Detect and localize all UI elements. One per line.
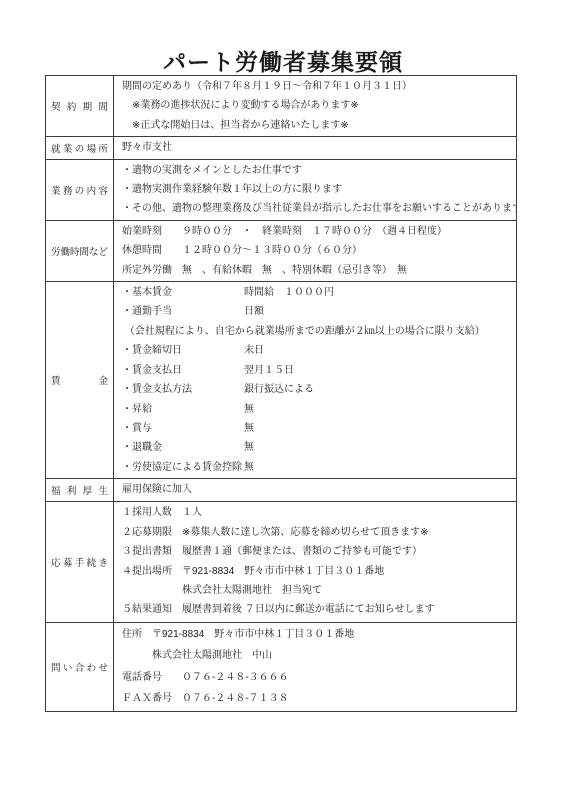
row-label-cell: 就業の場所 bbox=[46, 137, 114, 158]
text-line: １採用人数 １人 bbox=[122, 503, 510, 522]
text-line: ・遺物実測作業経験年数１年以上の方に限ります bbox=[122, 180, 510, 199]
item-value: 無 bbox=[244, 419, 254, 438]
text-line: 雇用保険に加入 bbox=[122, 480, 510, 499]
item-label: ・賃金支払方法 bbox=[122, 384, 192, 395]
item-value: 銀行振込による bbox=[244, 380, 314, 399]
row-label: 業務の内容 bbox=[51, 183, 108, 197]
row-content: １採用人数 １人２応募期限 ※募集人数に達し次第、応募を締め切らせて頂きます※３… bbox=[114, 502, 516, 622]
text-line: ・基本賃金時間給 １０００円 bbox=[122, 283, 510, 302]
row-label: 就業の場所 bbox=[51, 141, 108, 155]
text-line: ・賃金支払日翌月１５日 bbox=[122, 361, 510, 380]
row-content: ・遺物の実測をメインとしたお仕事です・遺物実測作業経験年数１年以上の方に限ります… bbox=[114, 160, 516, 220]
item-label: ・基本賃金 bbox=[122, 287, 172, 298]
row-label-cell: 労働時間など bbox=[46, 221, 114, 281]
text-line: ※正式な開始日は、担当者から連絡いたします※ bbox=[122, 116, 510, 135]
table-row-inquiry: 問い合わせ住所 〒921-8834 野々市市中林１丁目３０１番地 株式会社太陽測… bbox=[46, 622, 516, 711]
text-line: ・労使協定による賃金控除無 bbox=[122, 458, 510, 477]
text-line: ２応募期限 ※募集人数に達し次第、応募を締め切らせて頂きます※ bbox=[122, 523, 510, 542]
row-label-cell: 問い合わせ bbox=[46, 623, 114, 711]
text-line: 期間の定めあり（令和７年８月１９日～令和７年１０月３１日） bbox=[122, 77, 510, 96]
table-row-work-place: 就業の場所野々市支社 bbox=[46, 136, 516, 158]
item-label: ・賞与 bbox=[122, 423, 152, 434]
text-line: 株式会社太陽測地社 担当宛て bbox=[122, 581, 510, 600]
text-line: ＦＡＸ番号 ０７６-２４８-７１３８ bbox=[122, 688, 510, 710]
table-row-contract-period: 契約期間期間の定めあり（令和７年８月１９日～令和７年１０月３１日） ※業務の進捗… bbox=[46, 76, 516, 136]
text-line: ・遺物の実測をメインとしたお仕事です bbox=[122, 161, 510, 180]
text-line: ・通勤手当日額 bbox=[122, 302, 510, 321]
row-label: 賃金 bbox=[51, 373, 108, 387]
row-label-cell: 福利厚生 bbox=[46, 479, 114, 500]
item-label: ・退職金 bbox=[122, 442, 162, 453]
row-label-cell: 応募手続き bbox=[46, 502, 114, 622]
page-title: パート労働者募集要領 bbox=[0, 44, 566, 77]
row-label-cell: 業務の内容 bbox=[46, 160, 114, 220]
item-label: ・昇給 bbox=[122, 404, 152, 415]
table-row-work-content: 業務の内容・遺物の実測をメインとしたお仕事です・遺物実測作業経験年数１年以上の方… bbox=[46, 159, 516, 220]
row-content: 住所 〒921-8834 野々市市中林１丁目３０１番地 株式会社太陽測地社 中山… bbox=[114, 623, 516, 711]
text-line: 始業時刻 ９時００分 ・ 終業時刻 １７時００分 （週４日程度） bbox=[122, 222, 510, 241]
text-line: ・退職金無 bbox=[122, 438, 510, 457]
text-line: ４提出場所 〒921-8834 野々市市中林１丁目３０１番地 bbox=[122, 562, 510, 581]
row-content: 始業時刻 ９時００分 ・ 終業時刻 １７時００分 （週４日程度）休憩時間 １２時… bbox=[114, 221, 516, 281]
item-value: 無 bbox=[244, 438, 254, 457]
table-row-application-procedure: 応募手続き１採用人数 １人２応募期限 ※募集人数に達し次第、応募を締め切らせて頂… bbox=[46, 501, 516, 622]
item-value: 無 bbox=[244, 400, 254, 419]
row-content: ・基本賃金時間給 １０００円・通勤手当日額 （会社規程により、自宅から就業場所ま… bbox=[114, 282, 516, 478]
item-label: ・賃金支払日 bbox=[122, 365, 182, 376]
row-label-cell: 契約期間 bbox=[46, 76, 114, 136]
row-label-cell: 賃金 bbox=[46, 282, 114, 478]
row-label: 契約期間 bbox=[51, 99, 108, 113]
text-line: ５結果通知 履歴書到着後 ７日以内に郵送か電話にてお知らせします bbox=[122, 600, 510, 619]
row-content: 期間の定めあり（令和７年８月１９日～令和７年１０月３１日） ※業務の進捗状況によ… bbox=[114, 76, 516, 136]
item-label: ・労使協定による賃金控除 bbox=[122, 462, 242, 473]
text-line: ・賃金締切日末日 bbox=[122, 341, 510, 360]
text-line: 休憩時間 １２時００分～１３時００分（６０分） bbox=[122, 241, 510, 260]
text-line: （会社規程により、自宅から就業場所までの距離が２㎞以上の場合に限り支給） bbox=[122, 322, 510, 341]
text-line: ３提出書類 履歴書１通（郵便または、書類のご持参も可能です） bbox=[122, 542, 510, 561]
text-line: ・賃金支払方法銀行振込による bbox=[122, 380, 510, 399]
table-row-wages: 賃金・基本賃金時間給 １０００円・通勤手当日額 （会社規程により、自宅から就業場… bbox=[46, 281, 516, 478]
recruitment-table: 契約期間期間の定めあり（令和７年８月１９日～令和７年１０月３１日） ※業務の進捗… bbox=[45, 75, 517, 712]
text-line: 住所 〒921-8834 野々市市中林１丁目３０１番地 bbox=[122, 624, 510, 646]
item-label: ・通勤手当 bbox=[122, 306, 172, 317]
text-line: ・賞与無 bbox=[122, 419, 510, 438]
item-value: 末日 bbox=[244, 341, 264, 360]
item-value: 無 bbox=[244, 458, 254, 477]
text-line: 電話番号 ０７６-２４８-３６６６ bbox=[122, 667, 510, 689]
row-label: 労働時間など bbox=[51, 244, 108, 258]
text-line: ・昇給無 bbox=[122, 400, 510, 419]
row-label: 福利厚生 bbox=[51, 483, 108, 497]
text-line: 株式会社太陽測地社 中山 bbox=[122, 645, 510, 667]
text-line: ※業務の進捗状況により変動する場合があります※ bbox=[122, 96, 510, 115]
item-label: ・賃金締切日 bbox=[122, 345, 182, 356]
row-content: 雇用保険に加入 bbox=[114, 479, 516, 500]
document-page: パート労働者募集要領 契約期間期間の定めあり（令和７年８月１９日～令和７年１０月… bbox=[0, 0, 566, 800]
row-label: 応募手続き bbox=[51, 555, 108, 569]
item-value: 時間給 １０００円 bbox=[244, 283, 334, 302]
text-line: 所定外労働 無 、有給休暇 無 、特別休暇（忌引き等） 無 bbox=[122, 261, 510, 280]
table-row-working-hours: 労働時間など始業時刻 ９時００分 ・ 終業時刻 １７時００分 （週４日程度）休憩… bbox=[46, 220, 516, 281]
text-line: ・その他、遺物の整理業務及び当社従業員が指示したお仕事をお願いすることがあります bbox=[122, 199, 510, 218]
table-row-welfare: 福利厚生雇用保険に加入 bbox=[46, 478, 516, 500]
item-value: 翌月１５日 bbox=[244, 361, 294, 380]
row-label: 問い合わせ bbox=[51, 660, 108, 674]
item-value: 日額 bbox=[244, 302, 264, 321]
row-content: 野々市支社 bbox=[114, 137, 516, 158]
text-line: 野々市支社 bbox=[122, 138, 510, 157]
